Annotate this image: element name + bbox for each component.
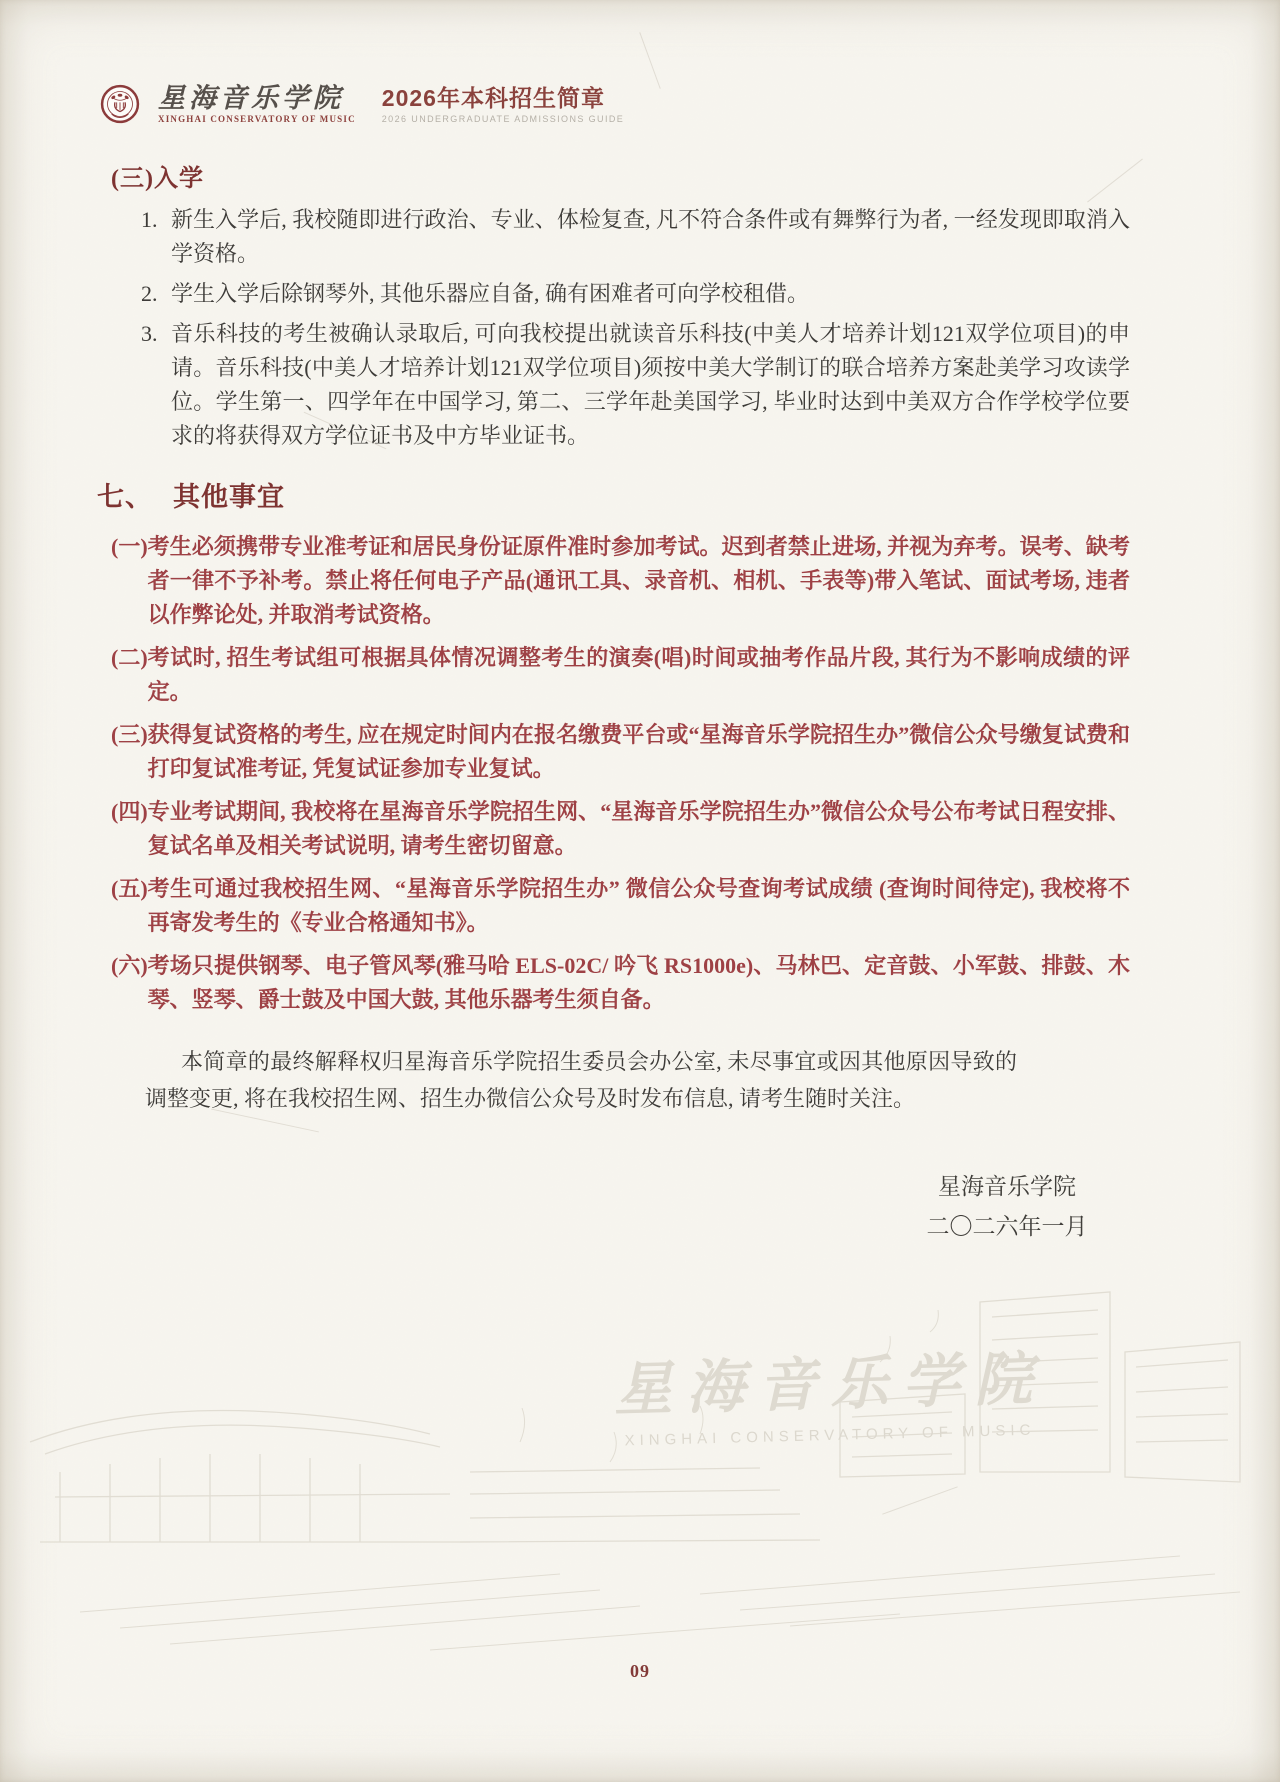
list-item-text: 考生必须携带专业准考证和居民身份证原件准时参加考试。迟到者禁止进场, 并视为弃考… [148, 530, 1130, 632]
page-header: 星海音乐学院 XINGHAI CONSERVATORY OF MUSIC 202… [100, 84, 624, 124]
list-item: (三) 获得复试资格的考生, 应在规定时间内在报名缴费平台或“星海音乐学院招生办… [111, 718, 1130, 786]
list-item-number: 1. [141, 203, 171, 271]
other-matters-list: (一) 考生必须携带专业准考证和居民身份证原件准时参加考试。迟到者禁止进场, 并… [111, 530, 1130, 1017]
document-content: (三)入学 1. 新生入学后, 我校随即进行政治、专业、体检复查, 凡不符合条件… [97, 158, 1130, 1247]
xinghai-seal-logo-icon [100, 84, 140, 124]
document-title-block: 2026年本科招生简章 2026 UNDERGRADUATE ADMISSION… [382, 85, 624, 124]
list-item-number: (五) [111, 872, 148, 940]
list-item-text: 考场只提供钢琴、电子管风琴(雅马哈 ELS-02C/ 吟飞 RS1000e)、马… [148, 949, 1130, 1017]
list-item: (二) 考试时, 招生考试组可根据具体情况调整考生的演奏(唱)时间或抽考作品片段… [111, 641, 1130, 709]
signature-block: 星海音乐学院 二〇二六年一月 [912, 1167, 1102, 1247]
list-item: (五) 考生可通过我校招生网、“星海音乐学院招生办” 微信公众号查询考试成绩 (… [111, 872, 1130, 940]
list-item-text: 音乐科技的考生被确认录取后, 可向我校提出就读音乐科技(中美人才培养计划121双… [171, 317, 1130, 453]
school-identity: 星海音乐学院 XINGHAI CONSERVATORY OF MUSIC [158, 84, 356, 124]
list-item-text: 专业考试期间, 我校将在星海音乐学院招生网、“星海音乐学院招生办”微信公众号公布… [148, 795, 1130, 863]
paper-fiber [882, 1486, 958, 1514]
section-heading-enrollment: (三)入学 [111, 158, 1130, 193]
list-item-number: (六) [111, 949, 148, 1017]
paper-fiber [639, 32, 660, 89]
watermark-school-name: 星海音乐学院 [589, 1331, 1071, 1428]
list-item-number: (三) [111, 718, 148, 786]
list-item: 3. 音乐科技的考生被确认录取后, 可向我校提出就读音乐科技(中美人才培养计划1… [141, 317, 1130, 453]
school-name-en: XINGHAI CONSERVATORY OF MUSIC [158, 114, 356, 124]
section-heading-other-matters: 七、其他事宜 [97, 475, 1130, 514]
list-item: (一) 考生必须携带专业准考证和居民身份证原件准时参加考试。迟到者禁止进场, 并… [111, 530, 1130, 632]
watermark-school-name-en: XINGHAI CONSERVATORY OF MUSIC [590, 1421, 1070, 1451]
section-number: 七、 [97, 482, 153, 512]
enrollment-list: 1. 新生入学后, 我校随即进行政治、专业、体检复查, 凡不符合条件或有舞弊行为… [141, 203, 1130, 453]
list-item-text: 获得复试资格的考生, 应在规定时间内在报名缴费平台或“星海音乐学院招生办”微信公… [148, 718, 1130, 786]
document-page: 星海音乐学院 XINGHAI CONSERVATORY OF MUSIC 星海音… [0, 0, 1280, 1782]
page-number: 09 [0, 1661, 1280, 1682]
list-item-number: 2. [141, 277, 171, 311]
list-item-number: (一) [111, 530, 148, 632]
list-item-text: 新生入学后, 我校随即进行政治、专业、体检复查, 凡不符合条件或有舞弊行为者, … [171, 203, 1130, 271]
list-item-text: 学生入学后除钢琴外, 其他乐器应自备, 确有困难者可向学校租借。 [171, 277, 1130, 311]
list-item-text: 考试时, 招生考试组可根据具体情况调整考生的演奏(唱)时间或抽考作品片段, 其行… [148, 641, 1130, 709]
closing-paragraph: 本简章的最终解释权归星海音乐学院招生委员会办公室, 未尽事宜或因其他原因导致的调… [145, 1043, 1017, 1117]
school-name: 星海音乐学院 [158, 84, 356, 112]
list-item-number: (二) [111, 641, 148, 709]
list-item: (四) 专业考试期间, 我校将在星海音乐学院招生网、“星海音乐学院招生办”微信公… [111, 795, 1130, 863]
list-item-text: 考生可通过我校招生网、“星海音乐学院招生办” 微信公众号查询考试成绩 (查询时间… [148, 872, 1130, 940]
list-item-number: 3. [141, 317, 171, 453]
list-item: 2. 学生入学后除钢琴外, 其他乐器应自备, 确有困难者可向学校租借。 [141, 277, 1130, 311]
list-item: 1. 新生入学后, 我校随即进行政治、专业、体检复查, 凡不符合条件或有舞弊行为… [141, 203, 1130, 271]
signature-date: 二〇二六年一月 [912, 1207, 1102, 1247]
document-title: 2026年本科招生简章 [382, 85, 624, 111]
signature-name: 星海音乐学院 [912, 1167, 1102, 1207]
list-item: (六) 考场只提供钢琴、电子管风琴(雅马哈 ELS-02C/ 吟飞 RS1000… [111, 949, 1130, 1017]
section-title: 其他事宜 [173, 482, 285, 512]
document-title-en: 2026 UNDERGRADUATE ADMISSIONS GUIDE [382, 114, 624, 124]
list-item-number: (四) [111, 795, 148, 863]
